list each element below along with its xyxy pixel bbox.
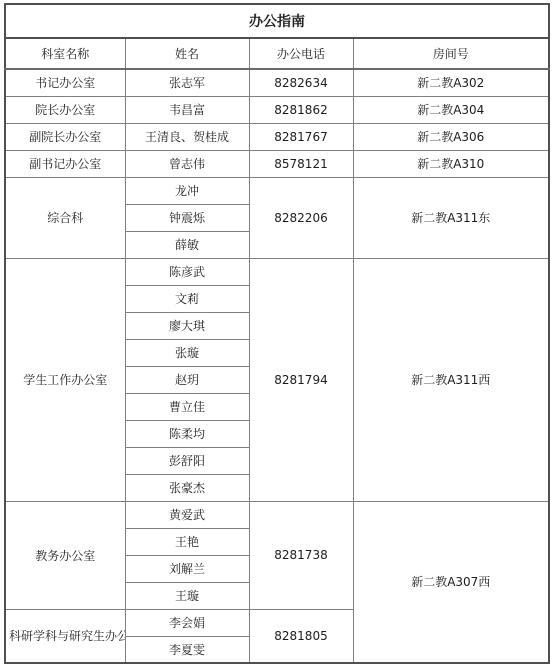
dept-cell: 院长办公室 [5,96,125,123]
name-cell: 韦昌富 [125,96,249,123]
room-cell: 新二教A311东 [353,177,549,258]
name-cell: 彭舒阳 [125,447,249,474]
column-header-phone: 办公电话 [249,38,353,69]
dept-cell: 教务办公室 [5,501,125,609]
table-body: 书记办公室张志军8282634新二教A302院长办公室韦昌富8281862新二教… [5,69,549,663]
name-cell: 李会娟 [125,609,249,636]
column-header-room: 房间号 [353,38,549,69]
dept-cell: 综合科 [5,177,125,258]
name-cell: 刘解兰 [125,555,249,582]
name-cell: 陈彦武 [125,258,249,285]
table-row: 书记办公室张志军8282634新二教A302 [5,69,549,96]
name-cell: 龙冲 [125,177,249,204]
name-cell: 王艳 [125,528,249,555]
phone-cell: 8578121 [249,150,353,177]
name-cell: 张豪杰 [125,474,249,501]
table-header-row: 科室名称 姓名 办公电话 房间号 [5,38,549,69]
dept-cell: 学生工作办公室 [5,258,125,501]
phone-cell: 8281862 [249,96,353,123]
name-cell: 钟震烁 [125,204,249,231]
table-row: 学生工作办公室陈彦武8281794新二教A311西 [5,258,549,285]
table-title-row: 办公指南 [5,4,549,38]
phone-cell: 8281805 [249,609,353,663]
room-cell: 新二教A306 [353,123,549,150]
table-row: 教务办公室黄爱武8281738新二教A307西 [5,501,549,528]
name-cell: 王璇 [125,582,249,609]
name-cell: 曹立佳 [125,393,249,420]
phone-cell: 8282634 [249,69,353,96]
room-cell: 新二教A304 [353,96,549,123]
room-cell: 新二教A310 [353,150,549,177]
dept-cell: 科研学科与研究生办公室 [5,609,125,663]
name-cell: 张志军 [125,69,249,96]
phone-cell: 8282206 [249,177,353,258]
dept-cell: 副书记办公室 [5,150,125,177]
table-title: 办公指南 [5,4,549,38]
page: 办公指南 科室名称 姓名 办公电话 房间号 书记办公室张志军8282634新二教… [0,0,554,666]
dept-cell: 书记办公室 [5,69,125,96]
name-cell: 赵玥 [125,366,249,393]
name-cell: 陈柔均 [125,420,249,447]
table-row: 副书记办公室曾志伟8578121新二教A310 [5,150,549,177]
phone-cell: 8281767 [249,123,353,150]
office-directory-table: 办公指南 科室名称 姓名 办公电话 房间号 书记办公室张志军8282634新二教… [4,3,550,664]
name-cell: 曾志伟 [125,150,249,177]
name-cell: 文莉 [125,285,249,312]
phone-cell: 8281794 [249,258,353,501]
name-cell: 薛敏 [125,231,249,258]
column-header-name: 姓名 [125,38,249,69]
table-row: 院长办公室韦昌富8281862新二教A304 [5,96,549,123]
name-cell: 李夏雯 [125,636,249,663]
column-header-dept: 科室名称 [5,38,125,69]
name-cell: 黄爱武 [125,501,249,528]
name-cell: 王清良、贺桂成 [125,123,249,150]
dept-cell: 副院长办公室 [5,123,125,150]
table-row: 副院长办公室王清良、贺桂成8281767新二教A306 [5,123,549,150]
table-row: 综合科龙冲8282206新二教A311东 [5,177,549,204]
phone-cell: 8281738 [249,501,353,609]
name-cell: 廖大琪 [125,312,249,339]
room-cell: 新二教A302 [353,69,549,96]
name-cell: 张璇 [125,339,249,366]
room-cell: 新二教A307西 [353,501,549,663]
room-cell: 新二教A311西 [353,258,549,501]
